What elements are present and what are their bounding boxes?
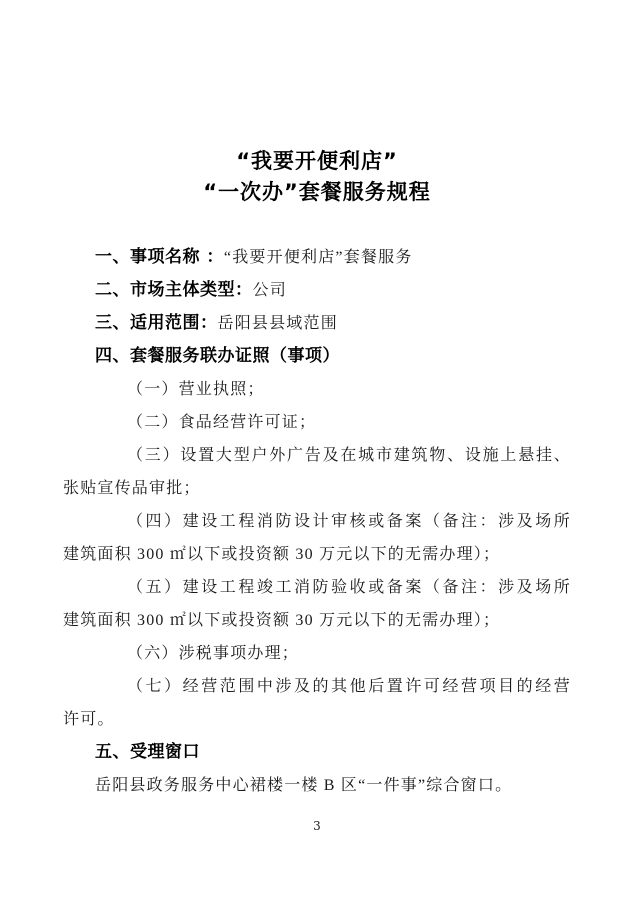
heading-value: 公司 xyxy=(253,282,287,299)
heading-licenses: 四、套餐服务联办证照（事项） xyxy=(63,340,571,373)
title-line-2: “一次办”套餐服务规程 xyxy=(63,177,571,208)
list-item-2: （二）食品经营许可证； xyxy=(63,406,571,439)
heading-label: 三、适用范围： xyxy=(95,313,218,333)
heading-value: 岳阳县县域范围 xyxy=(218,315,338,332)
heading-label: 二、市场主体类型： xyxy=(95,280,253,300)
list-item-4-line-2: 建筑面积 300 ㎡以下或投资额 30 万元以下的无需办理）； xyxy=(63,538,571,571)
document-page: “我要开便利店” “一次办”套餐服务规程 一、事项名称 ：“我要开便利店”套餐服… xyxy=(0,0,634,898)
heading-label: 一、事项名称 ： xyxy=(95,247,224,267)
heading-scope: 三、适用范围：岳阳县县域范围 xyxy=(63,307,571,340)
heading-label: 五、受理窗口 xyxy=(95,742,200,762)
document-title: “我要开便利店” “一次办”套餐服务规程 xyxy=(63,146,571,208)
heading-entity-type: 二、市场主体类型：公司 xyxy=(63,274,571,307)
list-item-1: （一）营业执照； xyxy=(63,373,571,406)
title-line-1: “我要开便利店” xyxy=(63,146,571,177)
heading-service-window: 五、受理窗口 xyxy=(63,736,571,769)
heading-value: “我要开便利店”套餐服务 xyxy=(224,249,413,266)
document-body: 一、事项名称 ：“我要开便利店”套餐服务 二、市场主体类型：公司 三、适用范围：… xyxy=(63,241,571,802)
list-item-5-line-1: （五）建设工程竣工消防验收或备案（备注：涉及场所 xyxy=(63,571,571,604)
list-item-5-line-2: 建筑面积 300 ㎡以下或投资额 30 万元以下的无需办理）； xyxy=(63,604,571,637)
list-item-7-line-2: 许可。 xyxy=(63,703,571,736)
list-item-4-line-1: （四）建设工程消防设计审核或备案（备注：涉及场所 xyxy=(63,505,571,538)
heading-item-name: 一、事项名称 ：“我要开便利店”套餐服务 xyxy=(63,241,571,274)
list-item-3-line-2: 张贴宣传品审批； xyxy=(63,472,571,505)
service-window-address: 岳阳县政务服务中心裙楼一楼 B 区“一件事”综合窗口。 xyxy=(63,769,571,802)
page-number: 3 xyxy=(313,819,321,833)
list-item-3-line-1: （三）设置大型户外广告及在城市建筑物、设施上悬挂、 xyxy=(63,439,571,472)
list-item-7-line-1: （七）经营范围中涉及的其他后置许可经营项目的经营 xyxy=(63,670,571,703)
heading-label: 四、套餐服务联办证照（事项） xyxy=(95,346,340,366)
list-item-6: （六）涉税事项办理； xyxy=(63,637,571,670)
page-footer: 3 xyxy=(63,814,571,838)
